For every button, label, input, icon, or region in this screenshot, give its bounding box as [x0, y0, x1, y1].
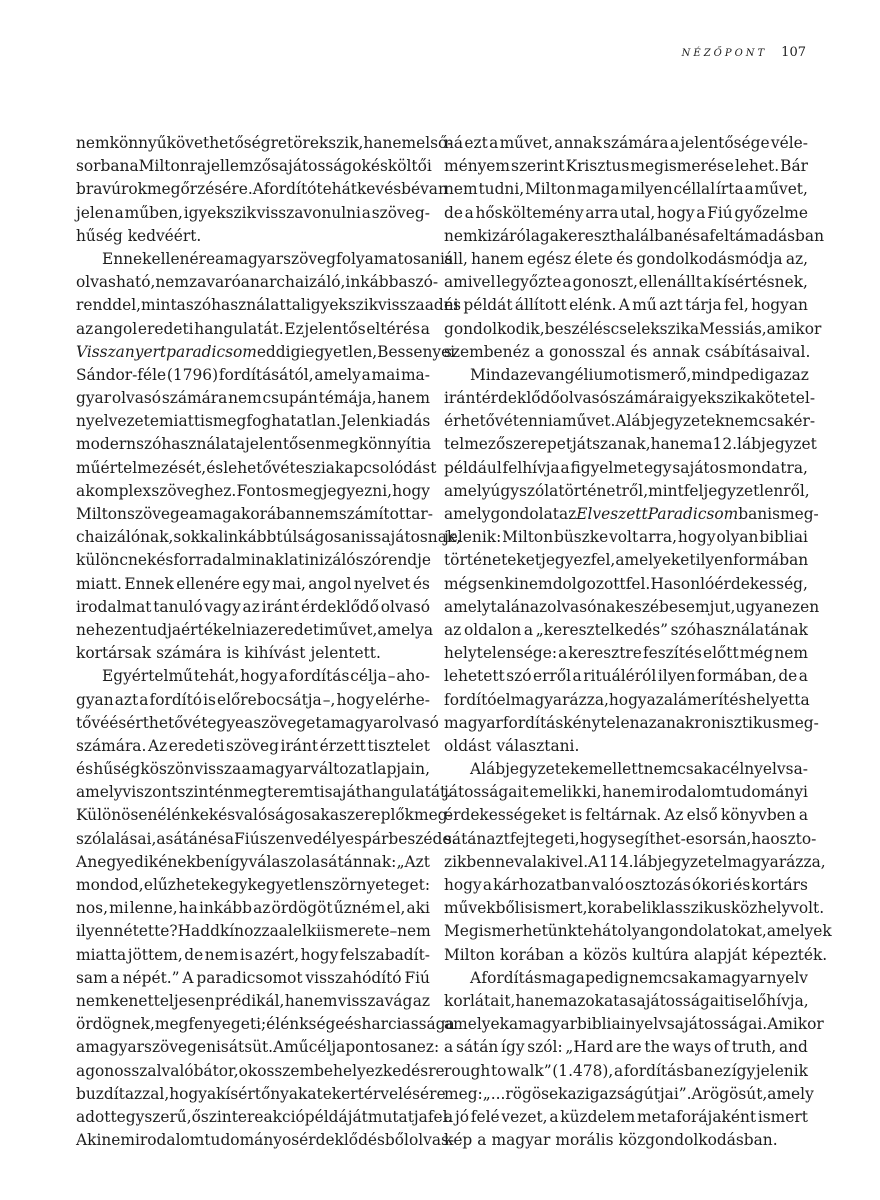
text-line: oldástválasztani.	[444, 735, 808, 758]
text-line: Alábjegyzetekemellettnemcsakacélnyelvsa-	[444, 758, 808, 781]
text-line: helytelensége:akeresztrefeszítéselőttmég…	[444, 642, 808, 665]
text-line: Mindazevangéliumotismerő,mindpedigazaz	[444, 364, 808, 387]
text-line: Anegyedikénekbenígyválaszolasátánnak:„Az…	[76, 851, 430, 874]
text-line: miattajöttem,denemisazért,hogyfelszabadí…	[76, 944, 430, 967]
text-line: gondolkodik,beszéléscselekszikaMessiás,a…	[444, 318, 808, 341]
text-line: ördögnek,megfenyegeti;élénkségeésharcias…	[76, 1013, 430, 1036]
text-line: Sándor-féle(1796)fordításától,amelyamaim…	[76, 364, 430, 387]
text-line: amelygondolatazElveszettParadicsombanism…	[444, 503, 808, 526]
text-line: műértelmezését,éslehetővétesziakapcsolód…	[76, 457, 430, 480]
text-line: mondod,elűzhetekegykegyetlenszörnyeteget…	[76, 874, 430, 897]
text-line: kortársakszámáraiskihívástjelentett.	[76, 642, 430, 665]
text-line: irodalmattanulóvagyazirántérdeklődőolvas…	[76, 596, 430, 619]
text-line: példáulfelhívjaafigyelmetegysajátosmonda…	[444, 457, 808, 480]
text-line: jelenik:Miltonbüszkevoltarra,hogyolyanbi…	[444, 526, 808, 549]
text-line: lehetettszóerrőlarituálérólilyenformában…	[444, 665, 808, 688]
text-line: adottegyszerű,őszintereakciópéldájátmuta…	[76, 1106, 430, 1129]
left-column: nemkönnyűkövethetőségretörekszik,hanemel…	[76, 132, 430, 1152]
text-line: Miltonkorábanaközöskultúraalapjátképezté…	[444, 944, 808, 967]
text-line: művekbőlisismert,korabeliklasszikusközhe…	[444, 897, 808, 920]
text-line: olvasható,nemzavaróanarchaizáló,inkábbas…	[76, 271, 430, 294]
text-line: Afordításmagapedignemcsakamagyarnyelv	[444, 967, 808, 990]
text-line: ilyennétette?Haddkínozzaalelkiismerete–n…	[76, 920, 430, 943]
text-line: hogyakárhozatbanvalóosztozásókoriéskortá…	[444, 874, 808, 897]
text-line: náeztaművet,annakszámáraajelentőségevéle…	[444, 132, 808, 155]
text-line: fordítóelmagyarázza,hogyazalámerítéshely…	[444, 689, 808, 712]
text-line: samanépét.”AparadicsomotvisszahódítóFiú	[76, 967, 430, 990]
text-line: számára.Azeredetiszövegirántérzetttiszte…	[76, 735, 430, 758]
text-line: Különösenélénkekésvalóságosakaszereplőkm…	[76, 804, 430, 827]
text-line: agonosszalvalóbátor,okosszembehelyezkedé…	[76, 1060, 430, 1083]
text-line: Visszanyertparadicsomeddigiegyetlen,Bess…	[76, 341, 430, 364]
text-line: meg:„...rögösekazigazságútjai”.Arögösút,…	[444, 1083, 808, 1106]
text-line: Megismerhetünktehátolyangondolatokat,ame…	[444, 920, 808, 943]
text-line: nemkönnyűkövethetőségretörekszik,hanemel…	[76, 132, 430, 155]
running-head: NÉZŐPONT 107	[682, 44, 806, 60]
text-line: azoldalona„keresztelkedés”szóhasználatán…	[444, 619, 808, 642]
text-line: amelyekamagyarbibliainyelvsajátosságai.A…	[444, 1013, 808, 1036]
text-line: szólalásai,asátánésaFiúszenvedélyespárbe…	[76, 828, 430, 851]
text-line: zikbennevalakivel.A114.lábjegyzetelmagya…	[444, 851, 808, 874]
text-line: áll,hanemegészéleteésgondolkodásmódjaaz,	[444, 248, 808, 271]
text-line: buzdítazzal,hogyakísértőnyakatekertérvel…	[76, 1083, 430, 1106]
text-line: amelyviszontszinténmegteremtisajáthangul…	[76, 781, 430, 804]
text-line: sátánaztfejtegeti,hogysegíthet-esorsán,h…	[444, 828, 808, 851]
text-line: játosságaitemelikki,hanemirodalomtudomán…	[444, 781, 808, 804]
text-line: gyarolvasószámáranemcsupántémája,hanem	[76, 387, 430, 410]
text-line: nemkizárólagakereszthalálbanésafeltámadá…	[444, 225, 808, 248]
text-line: telmezőszerepetjátszanak,hanema12.lábjeg…	[444, 433, 808, 456]
text-line: nemtudni,Miltonmagamilyencéllalírtaaműve…	[444, 178, 808, 201]
text-line: miatt.Ennekellenéreegymai,angolnyelvetés	[76, 573, 430, 596]
text-line: korlátait,hanemazokatasajátosságaitiselő…	[444, 990, 808, 1013]
text-line: nos,milenne,hainkábbazördögötűznémel,aki	[76, 897, 430, 920]
text-line: akomplexszöveghez.Fontosmegjegyezni,hogy	[76, 480, 430, 503]
text-line: amelyúgyszólatörténetről,mintfeljegyzetl…	[444, 480, 808, 503]
text-line: ményemszerintKrisztusmegismeréselehet.Bá…	[444, 155, 808, 178]
text-line: azangoleredetihangulatát.Ezjelentőseltér…	[76, 318, 430, 341]
text-line: irántérdeklődőolvasószámáraigyekszikaköt…	[444, 387, 808, 410]
text-line: Ennekellenéreamagyarszövegfolyamatosanis	[76, 248, 430, 271]
text-line: Egyértelműtehát,hogyafordításcélja–aho-	[76, 665, 430, 688]
text-line: szembenézagonosszalésannakcsábításaival.	[444, 341, 808, 364]
text-line: tővéésérthetővétegyeaszövegetamagyarolva…	[76, 712, 430, 735]
text-line: nemkenetteljesenprédikál,hanemvisszavága…	[76, 990, 430, 1013]
text-line: bravúrokmegőrzésére.Afordítótehátkevésbé…	[76, 178, 430, 201]
text-line: amagyarszövegenisátsüt.Aműcéljapontosane…	[76, 1036, 430, 1059]
text-line: különcnekésforradalminaklatinizálószóren…	[76, 549, 430, 572]
text-line: nehezentudjaértékelniazeredetiművet,amel…	[76, 619, 430, 642]
running-head-section: NÉZŐPONT	[682, 48, 768, 59]
page-number: 107	[781, 45, 806, 60]
text-line: sorbanaMiltonrajellemzősajátosságokésköl…	[76, 155, 430, 178]
text-line: Akinemirodalomtudományosérdeklődésbőlolv…	[76, 1129, 430, 1152]
text-line: renddel,mintaszóhasználattaligyekszikvis…	[76, 294, 430, 317]
text-line: magyarfordításkénytelenazanakronisztikus…	[444, 712, 808, 735]
text-line: chaizálónak,sokkalinkábbtúlságosanissajá…	[76, 526, 430, 549]
text-line: képamagyarmorálisközgondolkodásban.	[444, 1129, 808, 1152]
text-line: gyanaztafordítóiselőrebocsátja–,hogyelér…	[76, 689, 430, 712]
text-line: éshűségköszönvisszaamagyarváltozatlapjai…	[76, 758, 430, 781]
text-line: mégsenkinemdolgozottfel.Hasonlóérdekessé…	[444, 573, 808, 596]
text-line: Miltonszövegeamagakorábannemszámítottar-	[76, 503, 430, 526]
text-line: érdekességeketisfeltárnak.Azelsőkönyvben…	[444, 804, 808, 827]
text-line: deahőskölteményarrautal,hogyaFiúgyőzelme	[444, 202, 808, 225]
text-line: jelenaműben,igyekszikvisszavonulniaszöve…	[76, 202, 430, 225]
text-line: amivellegyőzteagonoszt,ellenálltakísérté…	[444, 271, 808, 294]
text-line: ajófelévezet,aküzdelemmetaforájakéntisme…	[444, 1106, 808, 1129]
text-line: éspéldátállítottelénk.Aműazttárjafel,hog…	[444, 294, 808, 317]
text-line: hűségkedvéért.	[76, 225, 430, 248]
text-line: történeteketjegyezfel,amelyeketilyenform…	[444, 549, 808, 572]
text-line: érhetővétenniaművet.Alábjegyzeteknemcsak…	[444, 410, 808, 433]
text-line: modernszóhasználatajelentősenmegkönnyíti…	[76, 433, 430, 456]
text-line: amelytalánazolvasónakeszébesemjut,ugyane…	[444, 596, 808, 619]
right-column: náeztaművet,annakszámáraajelentőségevéle…	[444, 132, 808, 1152]
text-line: asátánígyszól:„Hardarethewaysoftruth,and	[444, 1036, 808, 1059]
text-line: roughtowalk”(1.478),afordításbanezígyjel…	[444, 1060, 808, 1083]
text-line: nyelvezetemiattismegfoghatatlan.Jelenkia…	[76, 410, 430, 433]
